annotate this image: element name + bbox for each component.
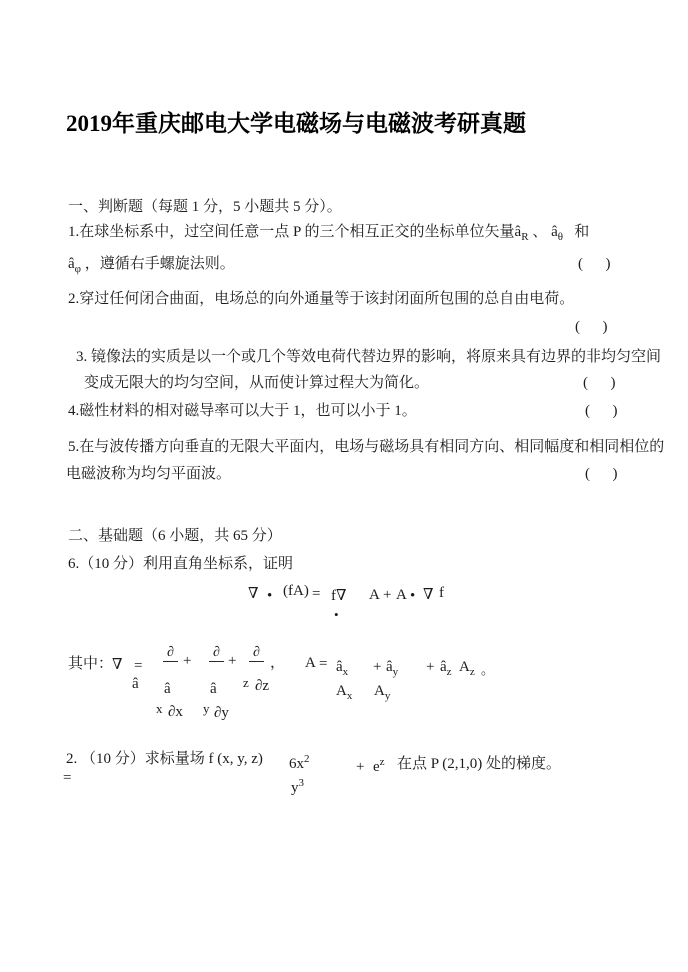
equals-sign: = — [63, 771, 71, 786]
period: 。 — [481, 662, 494, 677]
formula-fa-term: (fA) — [283, 584, 309, 599]
denominator-y3: y3 — [291, 781, 304, 797]
equals-sign: = — [312, 587, 320, 602]
A-z-component: Az — [459, 660, 475, 676]
plus-sign: + — [373, 660, 381, 675]
q1-text2: ，遵循右手螺旋法则。 — [81, 256, 235, 272]
subscript-y: y — [203, 701, 210, 716]
q2-answer-parentheses: ( ) — [575, 319, 608, 336]
a-hat: â — [164, 682, 171, 697]
q1-answer-parentheses: ( ) — [578, 256, 611, 273]
subscript-x: x — [156, 701, 163, 716]
equals-sign: = — [319, 657, 327, 672]
partial-y: ∂y — [214, 706, 229, 721]
q6-stem: 6.（10 分）利用直角坐标系，证明 — [68, 556, 293, 573]
numerator-6x2: 6x2 — [289, 757, 310, 773]
nabla-operator: ∇ — [112, 658, 122, 673]
q1-line2: âφ ，遵循右手螺旋法则。 — [68, 256, 235, 274]
plus-sign: + — [426, 660, 434, 675]
q1-separator: 、 — [529, 224, 552, 240]
q7-tail: 在点 P (2,1,0) 处的梯度。 — [397, 757, 561, 772]
partial-x: ∂x — [168, 705, 183, 720]
plus-sign: + — [383, 588, 391, 603]
dot-operator: • — [410, 589, 415, 604]
q1-text1: 1.在球坐标系中，过空间任意一点 P 的三个相互正交的坐标单位矢量 — [68, 224, 515, 240]
f-nabla-term: f∇ — [331, 589, 346, 604]
q3-line2: 变成无限大的均匀空间，从而使计算过程大为简化。 — [84, 375, 429, 392]
subscript-z: z — [243, 675, 249, 690]
nabla-operator: ∇ — [248, 587, 258, 602]
a-hat-x: âx — [336, 660, 348, 676]
unit-vector-aR: âR — [515, 224, 529, 240]
vector-A: A — [305, 656, 316, 671]
q7-stem: 2. （10 分）求标量场 f (x, y, z) — [66, 751, 263, 768]
a-hat-y: ây — [386, 660, 398, 676]
unit-vector-atheta: âθ — [551, 224, 563, 240]
scalar-f: f — [439, 586, 444, 601]
nabla-operator: ∇ — [423, 588, 433, 603]
q4-answer-parentheses: ( ) — [585, 403, 618, 420]
A-y-component: Ay — [374, 684, 390, 700]
q5-line1: 5.在与波传播方向垂直的无限大平面内，电场与磁场具有相同方向、相同幅度和相同相位… — [68, 439, 664, 456]
A-x-component: Ax — [336, 684, 352, 700]
partial-numerator: ∂ — [249, 646, 264, 662]
e-to-z-term: ez — [373, 760, 385, 776]
partial-z: ∂z — [255, 679, 269, 694]
q2-line1: 2.穿过任何闭合曲面，电场总的向外通量等于该封闭面所包围的总自由电荷。 — [68, 291, 574, 308]
section-basic-header: 二、基础题（6 小题，共 65 分） — [68, 528, 282, 545]
partial-numerator: ∂ — [163, 646, 178, 662]
plus-sign: + — [228, 654, 236, 669]
plus-sign: + — [356, 760, 364, 775]
exam-document-page: 2019年重庆邮电大学电磁场与电磁波考研真题 一、判断题（每题 1 分，5 小题… — [0, 0, 688, 972]
where-label: 其中： — [68, 657, 113, 672]
a-hat-z: âz — [440, 660, 452, 676]
partial-numerator: ∂ — [209, 646, 224, 662]
q5-answer-parentheses: ( ) — [585, 466, 618, 483]
q3-answer-parentheses: ( ) — [583, 375, 616, 392]
q1-line1: 1.在球坐标系中，过空间任意一点 P 的三个相互正交的坐标单位矢量âR 、 âθ… — [68, 224, 589, 242]
section-judge-header: 一、判断题（每题 1 分，5 小题共 5 分）。 — [68, 199, 342, 216]
vector-A: A — [369, 588, 380, 603]
page-title: 2019年重庆邮电大学电磁场与电磁波考研真题 — [66, 105, 526, 138]
equals-sign: = — [134, 659, 142, 674]
dot-operator: • — [267, 589, 272, 604]
a-hat: â — [210, 682, 217, 697]
plus-sign: + — [183, 654, 191, 669]
a-hat-stray: â — [132, 677, 139, 692]
stray-dot: • — [334, 607, 339, 622]
q3-line1: 3. 镜像法的实质是以一个或几个等效电荷代替边界的影响，将原来具有边界的非均匀空… — [76, 349, 661, 366]
q5-line2: 电磁波称为均匀平面波。 — [66, 466, 231, 483]
q1-tail: 和 — [563, 224, 589, 240]
comma: ， — [270, 656, 285, 671]
unit-vector-aphi: âφ — [68, 256, 81, 272]
q4-line1: 4.磁性材料的相对磁导率可以大于 1，也可以小于 1。 — [68, 403, 417, 420]
vector-A: A — [396, 588, 407, 603]
